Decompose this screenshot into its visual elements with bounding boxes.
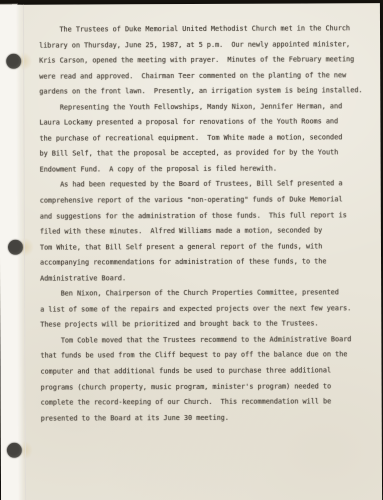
paragraph-opening: The Trustees of Duke Memorial United Met… [39,21,363,100]
paper-sheet: The Trustees of Duke Memorial United Met… [0,3,382,500]
punch-hole-bottom [7,443,22,458]
punch-hole-top [6,54,21,69]
punch-hole-middle [8,240,23,255]
document-body: The Trustees of Duke Memorial United Met… [39,21,365,427]
paragraph-funds-report: As had been requested by the Board of Tr… [40,177,364,287]
paragraph-properties-committee: Ben Nixon, Chairperson of the Church Pro… [40,286,364,334]
paragraph-youth-proposal: Representing the Youth Fellowships, Mand… [39,99,363,178]
scan-background: { "page": { "kind": "scanned typewritten… [0,0,383,500]
paragraph-computer-motion: Tom Coble moved that the Trustees recomm… [40,332,364,427]
